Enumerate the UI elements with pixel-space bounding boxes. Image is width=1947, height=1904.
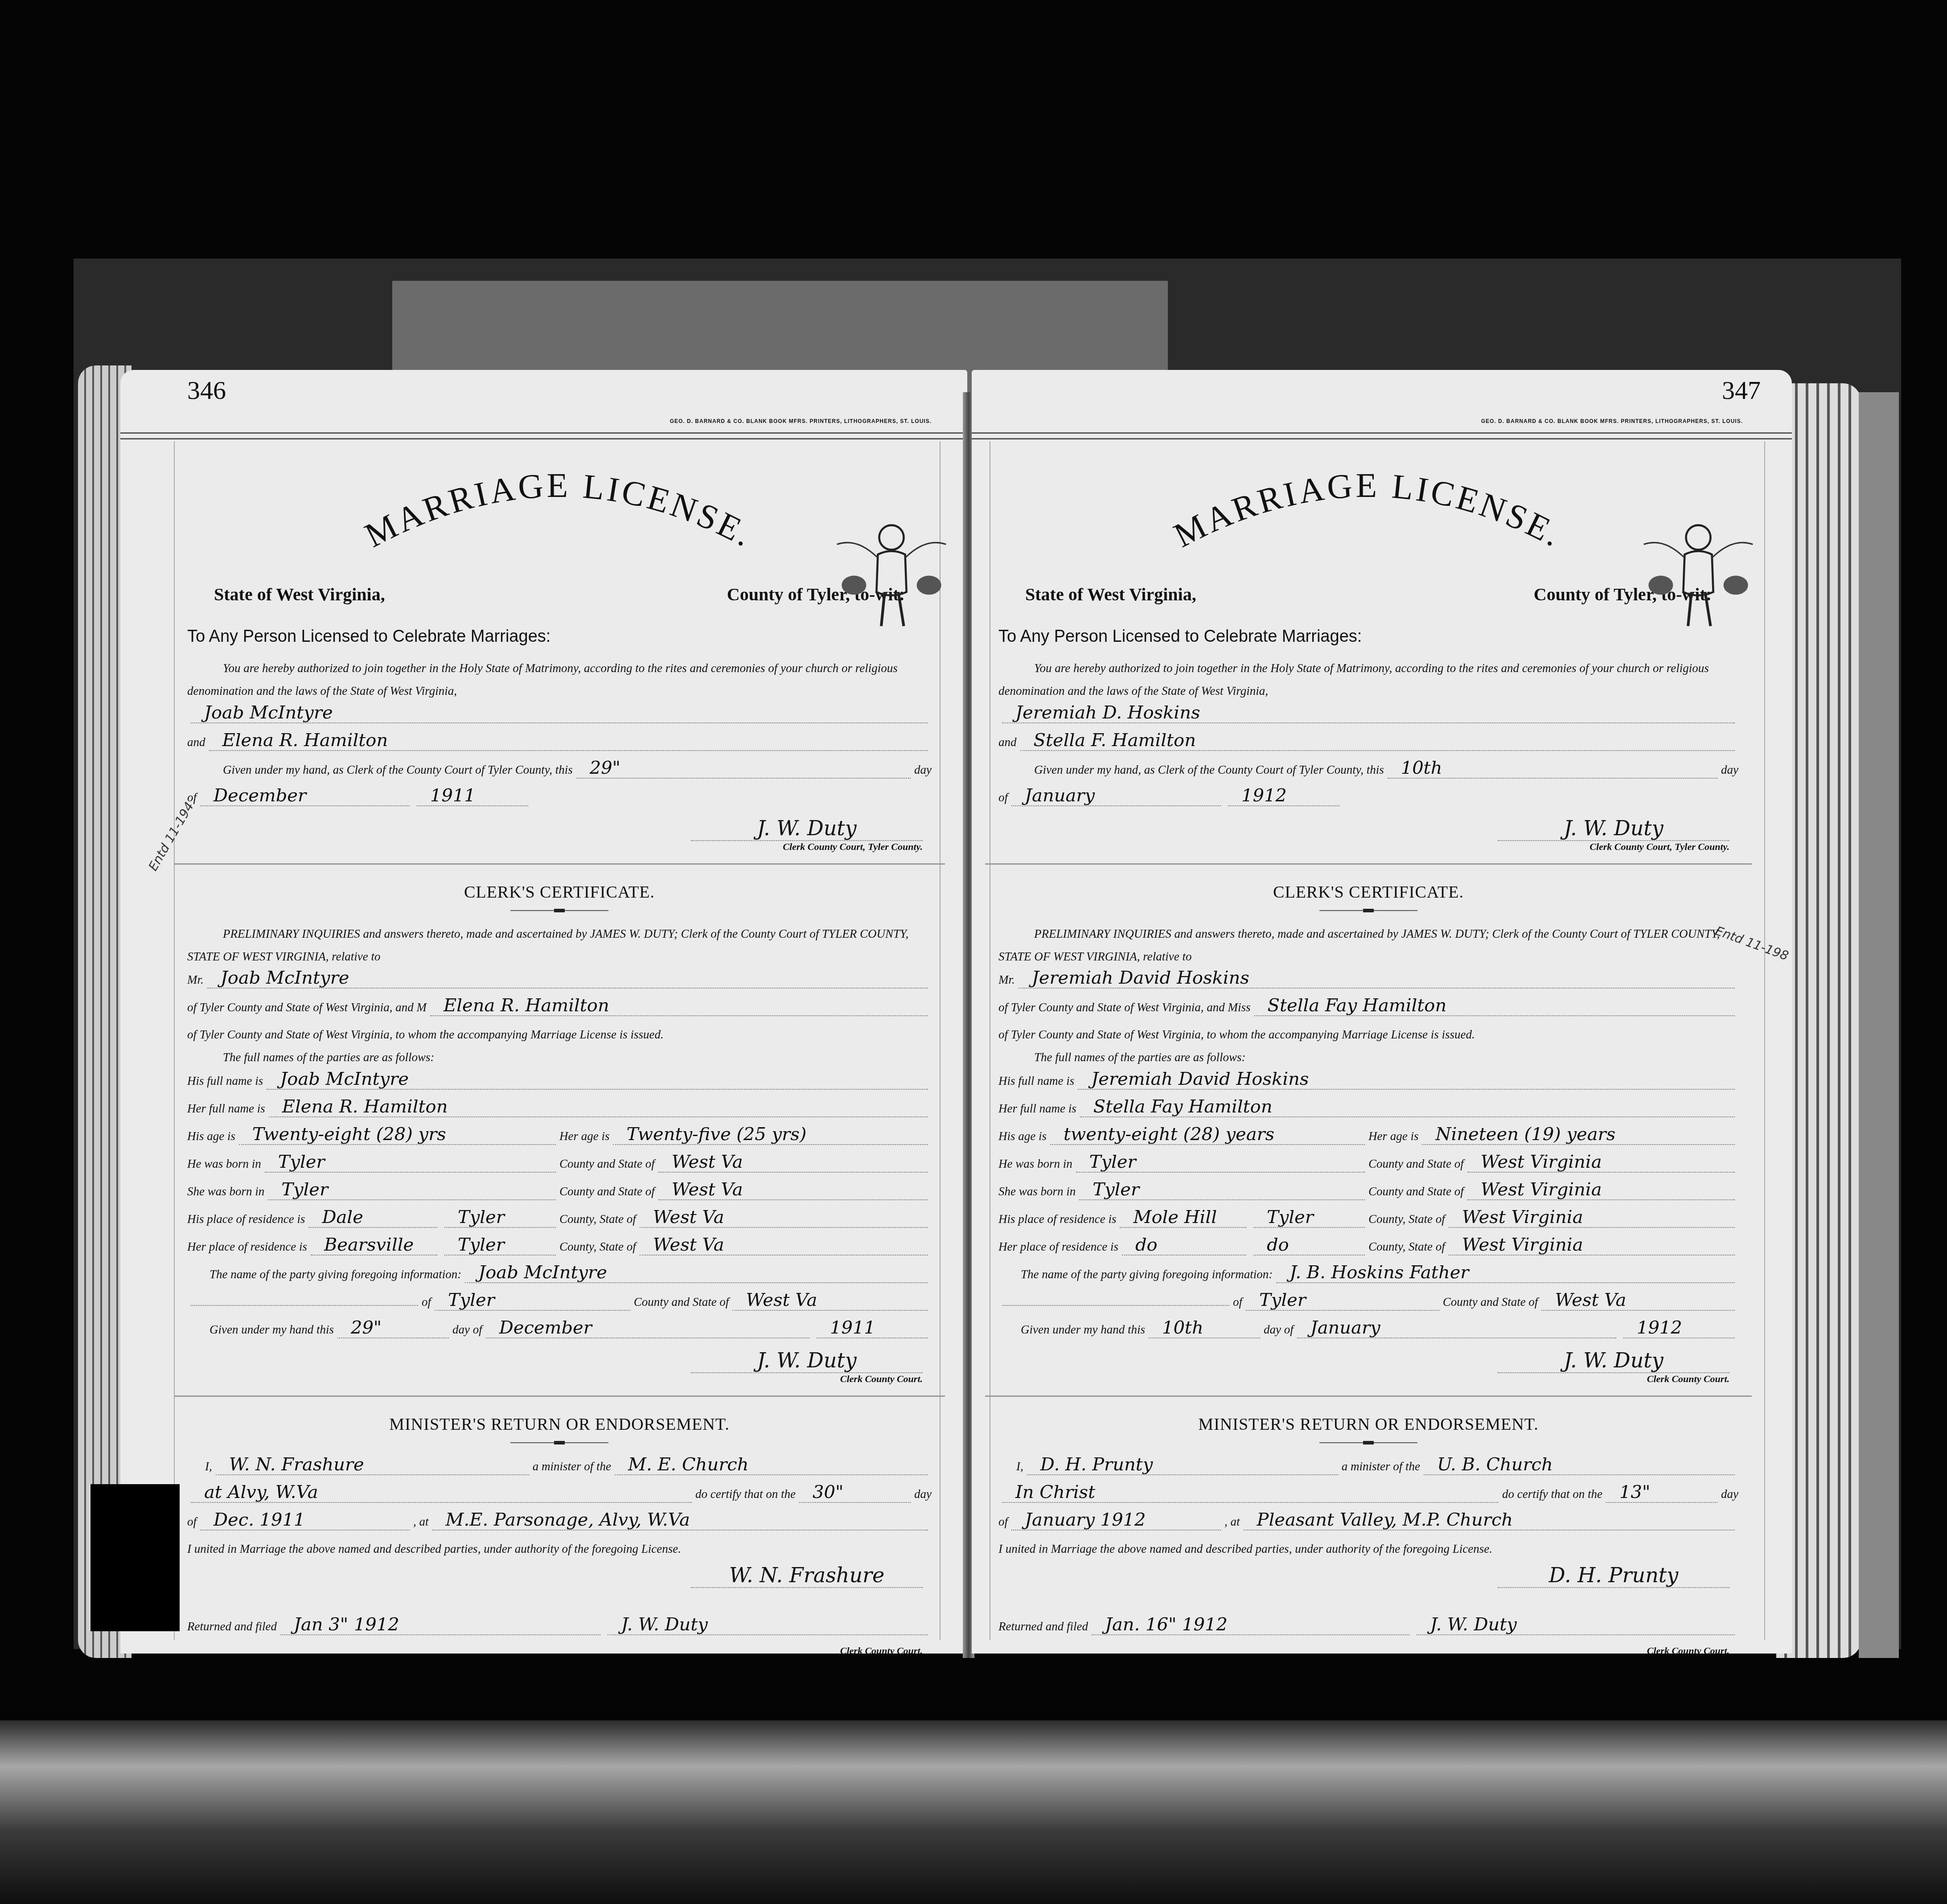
informant-label: The name of the party giving foregoing i…	[187, 1268, 461, 1281]
section-divider	[174, 1395, 945, 1397]
clerk-signature: J. W. Duty	[691, 816, 923, 841]
page-number: 347	[1722, 375, 1761, 405]
she-born-county: Tyler	[268, 1180, 556, 1200]
minister-signature-block: W. N. Frashure	[187, 1563, 932, 1588]
minister-signature: W. N. Frashure	[691, 1563, 923, 1588]
i-label: I,	[187, 1460, 212, 1473]
his-birth-row: He was born inTyler County and State ofW…	[187, 1152, 932, 1180]
cert-groom: Joab McIntyre	[207, 968, 928, 989]
cert-given-day: 29"	[337, 1318, 449, 1338]
his-residence-state: West Va	[640, 1207, 928, 1228]
minister-of-label: a minister of the	[533, 1460, 611, 1473]
and-label: and	[998, 735, 1017, 749]
groom-name: Joab McIntyre	[191, 703, 928, 723]
to-whom-text: of Tyler County and State of West Virgin…	[187, 1023, 932, 1046]
given-line: Given under my hand, as Clerk of the Cou…	[187, 758, 932, 786]
state-heading: State of West Virginia,	[214, 584, 385, 605]
page-number: 346	[187, 375, 226, 405]
he-born-label: He was born in	[998, 1157, 1072, 1171]
mr-line: Mr. Joab McIntyre	[187, 968, 932, 996]
return-clerk-caption-block: Clerk County Court.	[187, 1645, 932, 1657]
her-age-label: Her age is	[1368, 1129, 1418, 1143]
marriage-record: MARRIAGE LICENSE. State of West Virginia…	[998, 450, 1738, 1657]
county-state-label: County, State of	[559, 1212, 636, 1226]
informant-label: The name of the party giving foregoing i…	[998, 1268, 1273, 1281]
his-residence-place: Mole Hill	[1120, 1207, 1246, 1228]
returned-date: Jan 3" 1912	[280, 1615, 601, 1635]
given-line: Given under my hand, as Clerk of the Cou…	[998, 758, 1738, 786]
cert-signature-block: J. W. Duty Clerk County Court.	[187, 1348, 932, 1385]
cert-given-month: January	[1297, 1318, 1616, 1338]
certify-label: do certify that on the	[695, 1487, 796, 1501]
returned-label: Returned and filed	[998, 1620, 1088, 1633]
her-residence-county: do	[1253, 1235, 1365, 1256]
her-residence-label: Her place of residence is	[187, 1240, 307, 1254]
day-label: day	[1721, 763, 1738, 777]
left-page: 346 GEO. D. BARNARD & CO. BLANK BOOK MFR…	[120, 370, 967, 1654]
ages-row: His age istwenty-eight (28) years Her ag…	[998, 1124, 1738, 1152]
united-text: I united in Marriage the above named and…	[187, 1538, 932, 1560]
groom-name: Jeremiah D. Hoskins	[1002, 703, 1735, 723]
clerk-signature: J. W. Duty	[1498, 1348, 1729, 1373]
cert-given-day: 10th	[1149, 1318, 1260, 1338]
marriage-place: Pleasant Valley, M.P. Church	[1244, 1510, 1735, 1531]
cert-given-year: 1911	[817, 1318, 928, 1338]
her-residence-state: West Virginia	[1449, 1235, 1735, 1256]
minister-location: at Alvy, W.Va	[191, 1482, 692, 1503]
bride-name: Elena R. Hamilton	[209, 730, 928, 751]
bride-line: and Stella F. Hamilton	[998, 730, 1738, 758]
full-names-intro: The full names of the parties are as fol…	[187, 1046, 932, 1069]
ornament-rule	[1319, 910, 1417, 911]
minister-location: In Christ	[1002, 1482, 1499, 1503]
minister-line: I, D. H. Prunty a minister of the U. B. …	[998, 1455, 1738, 1482]
he-born-state: West Virginia	[1467, 1152, 1735, 1173]
license-year: 1912	[1228, 786, 1339, 806]
she-born-state: West Virginia	[1467, 1180, 1735, 1200]
informant-county: Tyler	[435, 1290, 630, 1311]
cert-bride: Elena R. Hamilton	[430, 996, 928, 1016]
groom-line: Joab McIntyre	[187, 703, 932, 730]
clerk-caption: Clerk County Court.	[840, 1645, 923, 1656]
clerks-certificate-title: CLERK'S CERTIFICATE.	[998, 882, 1738, 902]
united-text: I united in Marriage the above named and…	[998, 1538, 1738, 1560]
of-label: of	[422, 1295, 431, 1309]
marriage-record: MARRIAGE LICENSE. State of West Virginia…	[187, 450, 932, 1657]
of-label: of	[998, 1515, 1008, 1529]
clerk-caption: Clerk County Court.	[1647, 1645, 1729, 1656]
his-residence-row: His place of residence isDaleTyler Count…	[187, 1207, 932, 1235]
her-residence-place: Bearsville	[311, 1235, 437, 1256]
his-name-line: His full name is Jeremiah David Hoskins	[998, 1069, 1738, 1097]
bride-line: and Elena R. Hamilton	[187, 730, 932, 758]
informant-location-line: of Tyler County and State of West Va	[187, 1290, 932, 1318]
county-state-label: County and State of	[634, 1295, 729, 1309]
his-age-label: His age is	[187, 1129, 235, 1143]
church-name: U. B. Church	[1424, 1455, 1735, 1475]
her-age: Twenty-five (25 yrs)	[613, 1124, 928, 1145]
preliminary-text: PRELIMINARY INQUIRIES and answers theret…	[187, 923, 932, 968]
minister-name: D. H. Prunty	[1027, 1455, 1338, 1475]
her-age: Nineteen (19) years	[1422, 1124, 1735, 1145]
of-tyler-and-label: of Tyler County and State of West Virgin…	[998, 1001, 1238, 1014]
she-born-label: She was born in	[187, 1185, 264, 1198]
return-clerk-signature: J. W. Duty	[1417, 1615, 1735, 1635]
she-born-label: She was born in	[998, 1185, 1076, 1198]
given-this-label: Given under my hand this	[998, 1323, 1145, 1337]
her-name-line: Her full name is Elena R. Hamilton	[187, 1097, 932, 1124]
to-whom-text: of Tyler County and State of West Virgin…	[998, 1023, 1738, 1046]
cert-given-month: December	[486, 1318, 809, 1338]
day-of-label: day of	[452, 1323, 482, 1337]
cert-given-year: 1912	[1623, 1318, 1735, 1338]
his-age: twenty-eight (28) years	[1050, 1124, 1365, 1145]
clerks-certificate-title: CLERK'S CERTIFICATE.	[187, 882, 932, 902]
section-divider	[985, 863, 1752, 865]
license-title: MARRIAGE LICENSE.	[187, 450, 932, 566]
returned-label: Returned and filed	[187, 1620, 277, 1633]
her-residence-row: Her place of residence isdodo County, St…	[998, 1235, 1738, 1263]
mr-label: Mr.	[998, 973, 1015, 987]
groom-line: Jeremiah D. Hoskins	[998, 703, 1738, 730]
cert-bride: Stella Fay Hamilton	[1254, 996, 1735, 1016]
church-name: M. E. Church	[615, 1455, 928, 1475]
scanner-bottom-bar	[0, 1720, 1947, 1904]
her-full-name: Elena R. Hamilton	[269, 1097, 928, 1117]
of-label: of	[998, 791, 1008, 804]
of-label: of	[187, 1515, 197, 1529]
his-full-name-label: His full name is	[187, 1074, 263, 1088]
county-state-label: County and State of	[559, 1157, 655, 1171]
minister-of-label: a minister of the	[1342, 1460, 1420, 1473]
minister-line: I, W. N. Frashure a minister of the M. E…	[187, 1455, 932, 1482]
minister-signature-block: D. H. Prunty	[998, 1563, 1738, 1588]
day-label: day	[914, 1487, 932, 1501]
his-full-name-label: His full name is	[998, 1074, 1074, 1088]
section-divider	[174, 863, 945, 865]
her-age-label: Her age is	[559, 1129, 609, 1143]
she-born-state: West Va	[658, 1180, 928, 1200]
her-name-line: Her full name is Stella Fay Hamilton	[998, 1097, 1738, 1124]
and-label: and	[187, 735, 205, 749]
informant-line: The name of the party giving foregoing i…	[187, 1263, 932, 1290]
his-residence-row: His place of residence isMole HillTyler …	[998, 1207, 1738, 1235]
informant-state: West Va	[1541, 1290, 1735, 1311]
cert-given-line: Given under my hand this 29" day of Dece…	[187, 1318, 932, 1346]
he-born-state: West Va	[658, 1152, 928, 1173]
her-residence-county: Tyler	[444, 1235, 556, 1256]
return-clerk-caption-block: Clerk County Court.	[998, 1645, 1738, 1657]
her-residence-row: Her place of residence isBearsvilleTyler…	[187, 1235, 932, 1263]
authorization-text: You are hereby authorized to join togeth…	[187, 657, 932, 703]
certify-label: do certify that on the	[1502, 1487, 1602, 1501]
minister-return-title: MINISTER'S RETURN OR ENDORSEMENT.	[187, 1415, 932, 1434]
header-rule	[120, 432, 967, 439]
his-residence-place: Dale	[308, 1207, 437, 1228]
his-age: Twenty-eight (28) yrs	[239, 1124, 556, 1145]
day-label: day	[1721, 1487, 1738, 1501]
day-label: day	[914, 763, 932, 777]
county-state-label: County and State of	[559, 1185, 655, 1198]
bride-cert-line: of Tyler County and State of West Virgin…	[187, 996, 932, 1023]
cherub-ornament-icon	[1328, 517, 1947, 633]
her-full-name-label: Her full name is	[187, 1102, 265, 1116]
cert-signature-block: J. W. Duty Clerk County Court.	[998, 1348, 1738, 1385]
given-this-label: Given under my hand this	[187, 1323, 334, 1337]
clerk-caption: Clerk County Court.	[840, 1373, 923, 1384]
ornament-rule	[510, 1442, 608, 1443]
marriage-day: 13"	[1606, 1482, 1717, 1503]
clerk-caption: Clerk County Court.	[1647, 1373, 1729, 1384]
minister-signature: D. H. Prunty	[1498, 1563, 1729, 1588]
of-label: of	[1233, 1295, 1242, 1309]
right-page: 347 GEO. D. BARNARD & CO. BLANK BOOK MFR…	[972, 370, 1792, 1654]
mr-label: Mr.	[187, 973, 204, 987]
marriage-date-place-line: of Dec. 1911 , at M.E. Parsonage, Alvy, …	[187, 1510, 932, 1538]
her-full-name: Stella Fay Hamilton	[1080, 1097, 1735, 1117]
given-label: Given under my hand, as Clerk of the Cou…	[187, 763, 573, 777]
returned-date: Jan. 16" 1912	[1092, 1615, 1410, 1635]
month-line: of January 1912	[998, 786, 1738, 813]
license-month: January	[1011, 786, 1221, 806]
informant-state: West Va	[732, 1290, 928, 1311]
return-clerk-signature: J. W. Duty	[608, 1615, 928, 1635]
bride-cert-line: of Tyler County and State of West Virgin…	[998, 996, 1738, 1023]
his-full-name: Jeremiah David Hoskins	[1078, 1069, 1735, 1090]
county-state-label: County, State of	[1368, 1212, 1445, 1226]
marriage-date-place-line: of January 1912 , at Pleasant Valley, M.…	[998, 1510, 1738, 1538]
returned-line: Returned and filed Jan. 16" 1912 J. W. D…	[998, 1615, 1738, 1642]
authorization-text: You are hereby authorized to join togeth…	[998, 657, 1738, 703]
mr-line: Mr. Jeremiah David Hoskins	[998, 968, 1738, 996]
county-state-label: County and State of	[1443, 1295, 1538, 1309]
her-residence-place: do	[1122, 1235, 1246, 1256]
his-residence-label: His place of residence is	[998, 1212, 1116, 1226]
day-of-label: day of	[1264, 1323, 1294, 1337]
his-full-name: Joab McIntyre	[267, 1069, 928, 1090]
at-label: , at	[413, 1515, 429, 1529]
his-residence-county: Tyler	[1253, 1207, 1365, 1228]
returned-line: Returned and filed Jan 3" 1912 J. W. Dut…	[187, 1615, 932, 1642]
header-rule	[972, 432, 1792, 439]
clerk-signature: J. W. Duty	[691, 1348, 923, 1373]
informant-line: The name of the party giving foregoing i…	[998, 1263, 1738, 1290]
at-label: , at	[1224, 1515, 1240, 1529]
he-born-label: He was born in	[187, 1157, 261, 1171]
state-heading: State of West Virginia,	[1025, 584, 1196, 605]
license-month: December	[200, 786, 410, 806]
he-born-county: Tyler	[265, 1152, 556, 1173]
full-names-intro: The full names of the parties are as fol…	[998, 1046, 1738, 1069]
her-residence-label: Her place of residence is	[998, 1240, 1118, 1254]
informant-name: J. B. Hoskins Father	[1276, 1263, 1735, 1283]
cert-given-line: Given under my hand this 10th day of Jan…	[998, 1318, 1738, 1346]
county-state-label: County, State of	[1368, 1240, 1445, 1254]
his-residence-county: Tyler	[444, 1207, 556, 1228]
license-signature-block: J. W. Duty Clerk County Court, Tyler Cou…	[187, 816, 932, 853]
certify-line: In Christ do certify that on the 13" day	[998, 1482, 1738, 1510]
he-born-county: Tyler	[1076, 1152, 1365, 1173]
minister-name: W. N. Frashure	[216, 1455, 529, 1475]
clerk-caption: Clerk County Court, Tyler County.	[1590, 841, 1729, 852]
license-day: 10th	[1388, 758, 1717, 779]
marriage-day: 30"	[799, 1482, 911, 1503]
license-day: 29"	[576, 758, 911, 779]
county-state-label: County and State of	[1368, 1157, 1464, 1171]
his-name-line: His full name is Joab McIntyre	[187, 1069, 932, 1097]
license-year: 1911	[417, 786, 528, 806]
her-birth-row: She was born inTyler County and State of…	[187, 1180, 932, 1207]
minister-return-title: MINISTER'S RETURN OR ENDORSEMENT.	[998, 1415, 1738, 1434]
his-age-label: His age is	[998, 1129, 1047, 1143]
i-label: I,	[998, 1460, 1023, 1473]
cert-groom: Jeremiah David Hoskins	[1019, 968, 1735, 989]
license-title: MARRIAGE LICENSE.	[998, 450, 1738, 566]
given-label: Given under my hand, as Clerk of the Cou…	[998, 763, 1384, 777]
section-divider	[985, 1395, 1752, 1397]
of-tyler-and-label: of Tyler County and State of West Virgin…	[187, 1001, 427, 1014]
her-birth-row: She was born inTyler County and State of…	[998, 1180, 1738, 1207]
marriage-place: M.E. Parsonage, Alvy, W.Va	[432, 1510, 928, 1531]
informant-name: Joab McIntyre	[465, 1263, 928, 1283]
printer-imprint: GEO. D. BARNARD & CO. BLANK BOOK MFRS. P…	[1481, 418, 1743, 424]
informant-county: Tyler	[1246, 1290, 1439, 1311]
certify-line: at Alvy, W.Va do certify that on the 30"…	[187, 1482, 932, 1510]
county-state-label: County, State of	[559, 1240, 636, 1254]
license-signature-block: J. W. Duty Clerk County Court, Tyler Cou…	[998, 816, 1738, 853]
ages-row: His age isTwenty-eight (28) yrs Her age …	[187, 1124, 932, 1152]
his-residence-label: His place of residence is	[187, 1212, 305, 1226]
bride-prefix: iss	[1238, 1001, 1251, 1014]
book-clamp	[89, 1484, 180, 1631]
printer-imprint: GEO. D. BARNARD & CO. BLANK BOOK MFRS. P…	[670, 418, 932, 424]
bride-name: Stella F. Hamilton	[1020, 730, 1735, 751]
marriage-month-year: Dec. 1911	[200, 1510, 410, 1531]
ornament-rule	[1319, 1442, 1417, 1443]
of-label: of	[187, 791, 197, 804]
his-birth-row: He was born inTyler County and State ofW…	[998, 1152, 1738, 1180]
clerk-signature: J. W. Duty	[1498, 816, 1729, 841]
his-residence-state: West Virginia	[1449, 1207, 1735, 1228]
her-residence-state: West Va	[640, 1235, 928, 1256]
she-born-county: Tyler	[1079, 1180, 1365, 1200]
informant-location-line: of Tyler County and State of West Va	[998, 1290, 1738, 1318]
ornament-rule	[510, 910, 608, 911]
clerk-caption: Clerk County Court, Tyler County.	[783, 841, 923, 852]
month-line: of December 1911	[187, 786, 932, 813]
marriage-month-year: January 1912	[1011, 1510, 1221, 1531]
county-state-label: County and State of	[1368, 1185, 1464, 1198]
her-full-name-label: Her full name is	[998, 1102, 1076, 1116]
preliminary-text: PRELIMINARY INQUIRIES and answers theret…	[998, 923, 1738, 968]
